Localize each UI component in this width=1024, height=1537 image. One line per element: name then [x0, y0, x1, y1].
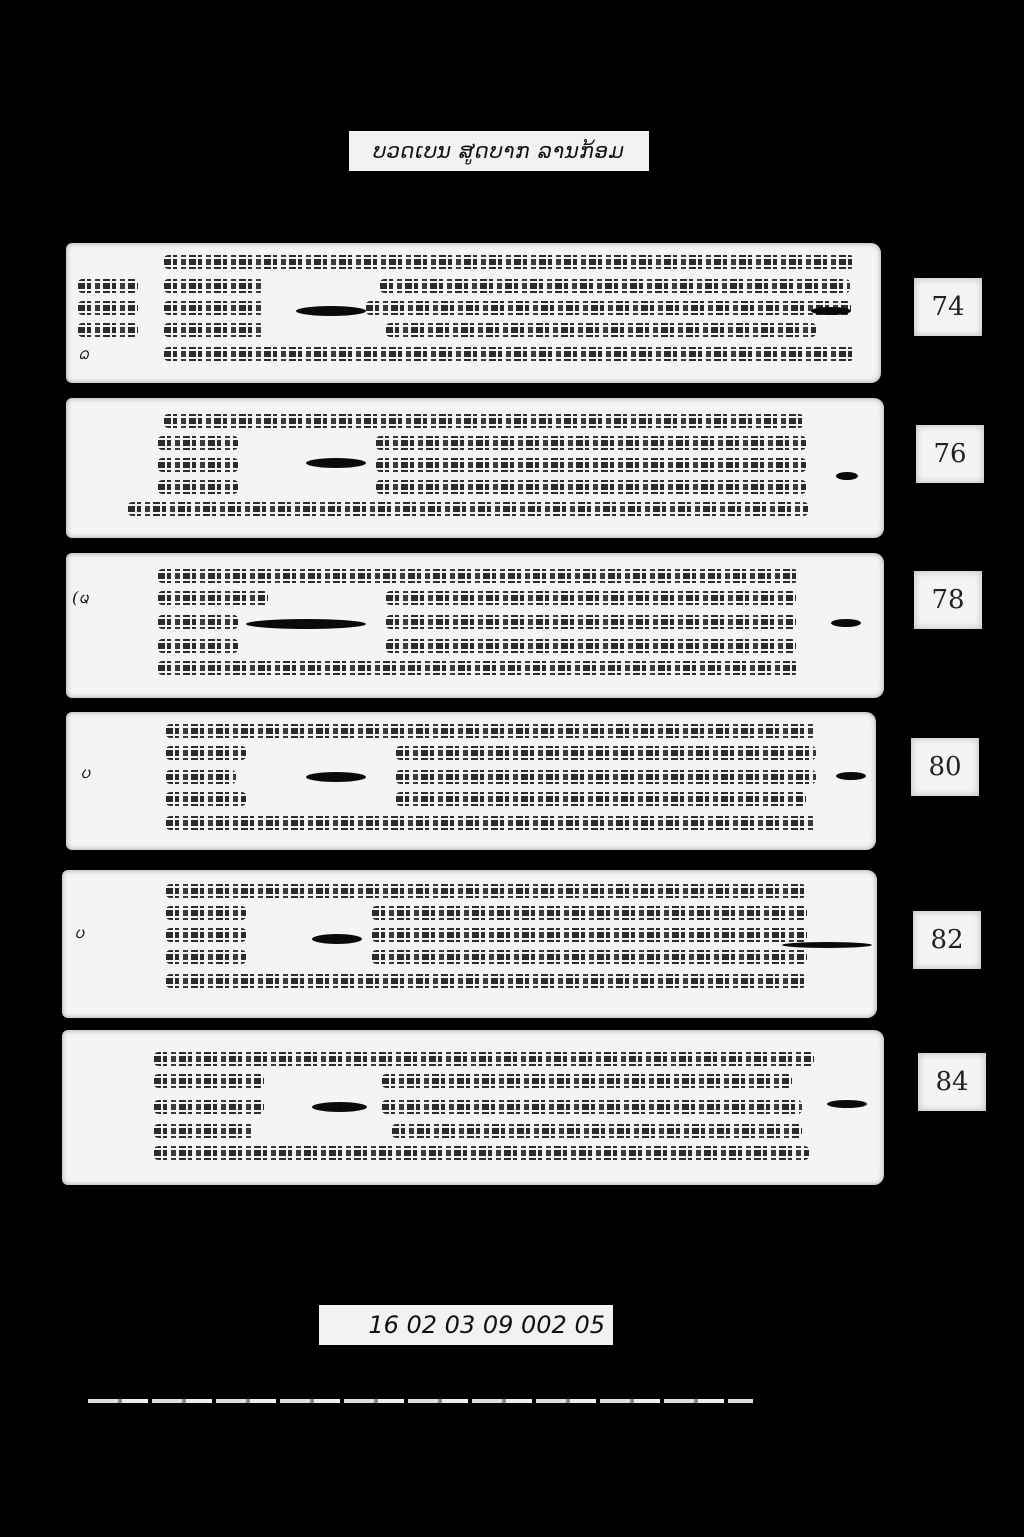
script-line: [396, 770, 816, 784]
page-number: 74: [931, 292, 964, 322]
script-line: [154, 1100, 264, 1114]
script-line: [376, 480, 806, 494]
script-line: [382, 1074, 792, 1088]
script-line: [386, 323, 816, 337]
script-line: [158, 639, 238, 653]
script-line: [380, 279, 850, 293]
page-number-label: 74: [914, 278, 982, 336]
script-line: [164, 255, 854, 269]
script-line: [386, 591, 796, 605]
margin-note: ᨷ: [74, 922, 85, 947]
script-line: [166, 792, 246, 806]
script-line: [166, 928, 246, 942]
script-line: [154, 1146, 809, 1160]
string-hole: [306, 458, 366, 468]
script-line: [166, 770, 236, 784]
script-line: [166, 950, 246, 964]
palm-leaf-page-78: (ᨾ: [66, 553, 884, 698]
script-line: [158, 661, 798, 675]
script-line: [158, 569, 798, 583]
script-line: [158, 436, 238, 450]
script-line: [154, 1074, 264, 1088]
script-line: [158, 458, 238, 472]
script-line: [164, 323, 264, 337]
script-line: [376, 458, 806, 472]
page-number-label: 78: [914, 571, 982, 629]
script-line: [166, 906, 246, 920]
page-number: 76: [933, 439, 966, 469]
script-line: [372, 906, 807, 920]
binding-mark: [827, 1100, 867, 1108]
margin-note: (ᨾ: [72, 587, 89, 612]
script-line: [164, 347, 854, 361]
script-line: [166, 746, 246, 760]
script-line: [166, 724, 816, 738]
scan-edge-strip: [88, 1399, 753, 1403]
script-line: [154, 1052, 814, 1066]
binding-mark: [782, 942, 872, 948]
script-line: [164, 279, 264, 293]
page-number-label: 80: [911, 738, 979, 796]
binding-mark: [836, 772, 866, 780]
script-line: [386, 615, 796, 629]
page-number: 80: [928, 752, 961, 782]
script-line: [166, 816, 816, 830]
script-line: [382, 1100, 802, 1114]
script-line: [376, 436, 806, 450]
catalog-number-label: 16 02 03 09 002 05: [319, 1305, 613, 1345]
script-line: [396, 746, 816, 760]
palm-leaf-page-74: ᨵ: [66, 243, 881, 383]
script-line: [78, 323, 138, 337]
script-line: [164, 414, 804, 428]
catalog-number: 16 02 03 09 002 05: [368, 1311, 605, 1339]
string-hole: [246, 619, 366, 629]
palm-leaf-page-80: ᨷ: [66, 712, 876, 850]
script-line: [166, 884, 806, 898]
margin-note: ᨷ: [80, 762, 91, 787]
page-number: 82: [930, 925, 963, 955]
margin-note: ᨵ: [78, 343, 89, 368]
page-number: 78: [931, 585, 964, 615]
manuscript-title-label: ບວດເບນ ສູດບາກ ລານກ້ອມ: [349, 131, 649, 171]
string-hole: [306, 772, 366, 782]
palm-leaf-page-76: [66, 398, 884, 538]
script-line: [128, 502, 808, 516]
script-line: [154, 1124, 254, 1138]
script-line: [78, 301, 138, 315]
string-hole: [296, 306, 366, 316]
palm-leaf-page-82: ᨷ: [62, 870, 877, 1018]
script-line: [372, 950, 807, 964]
script-line: [158, 615, 238, 629]
page-number-label: 82: [913, 911, 981, 969]
script-line: [396, 792, 806, 806]
page-number: 84: [935, 1067, 968, 1097]
script-line: [164, 301, 264, 315]
string-hole: [312, 1102, 367, 1112]
script-line: [392, 1124, 802, 1138]
page-number-label: 76: [916, 425, 984, 483]
script-line: [372, 928, 807, 942]
palm-leaf-page-84: [62, 1030, 884, 1185]
script-line: [78, 279, 138, 293]
script-line: [158, 480, 238, 494]
manuscript-title: ບວດເບນ ສູດບາກ ລານກ້ອມ: [373, 139, 625, 163]
binding-mark: [836, 472, 858, 480]
binding-mark: [831, 619, 861, 627]
binding-mark: [811, 307, 851, 315]
script-line: [386, 639, 796, 653]
page-number-label: 84: [918, 1053, 986, 1111]
script-line: [166, 974, 806, 988]
string-hole: [312, 934, 362, 944]
script-line: [158, 591, 268, 605]
script-line: [366, 301, 851, 315]
